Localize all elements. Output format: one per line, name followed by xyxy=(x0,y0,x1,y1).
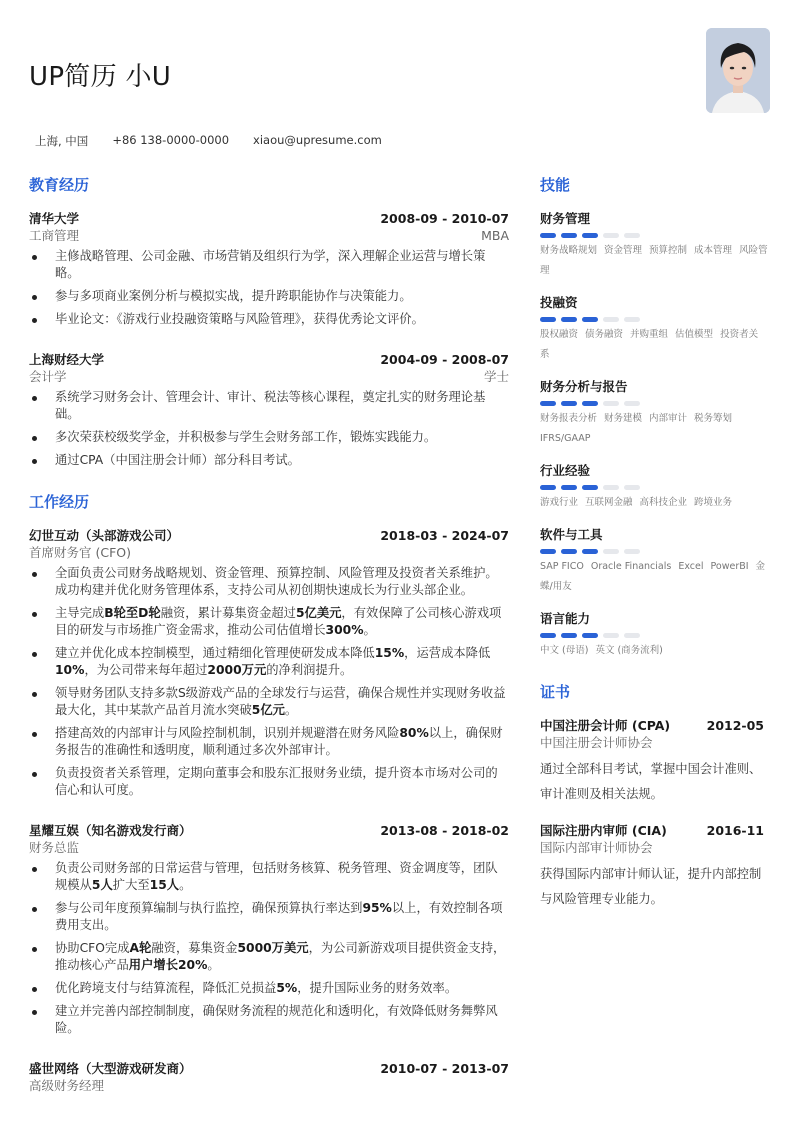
company-name: 盛世网络（大型游戏研发商） xyxy=(29,1059,192,1077)
date-range: 2008-09 - 2010-07 xyxy=(380,211,509,226)
skill-tags: 游戏行业互联网金融高科技企业跨境业务 xyxy=(540,493,770,513)
bullet-item: 主导完成B轮至D轮融资，累计募集资金超过5亿美元，有效保障了公司核心游戏项目的研… xyxy=(29,605,509,639)
level-dot xyxy=(624,485,640,490)
bullet-item: 领导财务团队支持多款S级游戏产品的全球发行与运营，确保合规性并实现财务收益最大化… xyxy=(29,685,509,719)
level-dot xyxy=(561,633,577,638)
school-name: 上海财经大学 xyxy=(29,350,104,368)
job-title: 首席财务官 (CFO) xyxy=(29,544,509,561)
level-dot xyxy=(582,485,598,490)
level-dot xyxy=(540,233,556,238)
bullet-item: 参与公司年度预算编制与执行监控，确保预算执行率达到95%以上，有效控制各项费用支… xyxy=(29,900,509,934)
entry-header: 幻世互动（头部游戏公司）2018-03 - 2024-07 xyxy=(29,526,509,544)
bullet-list: 系统学习财务会计、管理会计、审计、税法等核心课程，奠定扎实的财务理论基础。多次荣… xyxy=(29,389,509,469)
bullet-item: 毕业论文：《游戏行业投融资策略与风险管理》，获得优秀论文评价。 xyxy=(29,311,509,328)
entry-header: 清华大学2008-09 - 2010-07 xyxy=(29,209,509,227)
skill-group: 行业经验游戏行业互联网金融高科技企业跨境业务 xyxy=(540,461,770,513)
certificate-name: 中国注册会计师 (CPA) xyxy=(540,716,670,734)
bullet-list: 全面负责公司财务战略规划、资金管理、预算控制、风险管理及投资者关系维护。成功构建… xyxy=(29,565,509,799)
skill-tags: 股权融资债务融资并购重组估值模型投资者关系 xyxy=(540,325,770,365)
skill-tag: 中文 (母语) xyxy=(540,645,588,656)
education-heading: 教育经历 xyxy=(29,174,509,195)
certificate-header: 中国注册会计师 (CPA)2012-05 xyxy=(540,716,764,734)
level-dot xyxy=(603,549,619,554)
skill-level-indicator xyxy=(540,485,770,490)
certificate-entry: 国际注册内审师 (CIA)2016-11国际内部审计师协会获得国际内部审计师认证… xyxy=(540,821,770,912)
degree: 学士 xyxy=(484,368,509,385)
skill-group: 软件与工具SAP FICOOracle FinancialsExcelPower… xyxy=(540,525,770,597)
email-link[interactable]: xiaou@upresume.com xyxy=(253,133,382,149)
level-dot xyxy=(582,233,598,238)
bullet-item: 建立并完善内部控制制度，确保财务流程的规范化和透明化，有效降低财务舞弊风险。 xyxy=(29,1003,509,1037)
skill-tag: 财务建模 xyxy=(604,413,642,424)
skill-name: 财务分析与报告 xyxy=(540,377,770,395)
work-entry: 盛世网络（大型游戏研发商）2010-07 - 2013-07高级财务经理 xyxy=(29,1059,509,1094)
company-name: 星耀互娱（知名游戏发行商） xyxy=(29,821,192,839)
level-dot xyxy=(624,549,640,554)
level-dot xyxy=(582,549,598,554)
certificate-issuer: 中国注册会计师协会 xyxy=(540,734,770,751)
certificate-entry: 中国注册会计师 (CPA)2012-05中国注册会计师协会通过全部科目考试，掌握… xyxy=(540,716,770,807)
skill-tag: 内部审计 xyxy=(649,413,687,424)
level-dot xyxy=(603,485,619,490)
contact-info: 上海, 中国 +86 138-0000-0000 xiaou@upresume.… xyxy=(35,133,382,149)
skill-group: 语言能力中文 (母语)英文 (商务流利) xyxy=(540,609,770,661)
bullet-item: 通过CPA（中国注册会计师）部分科目考试。 xyxy=(29,452,509,469)
level-dot xyxy=(582,317,598,322)
certificate-name: 国际注册内审师 (CIA) xyxy=(540,821,667,839)
level-dot xyxy=(582,633,598,638)
entry-header: 星耀互娱（知名游戏发行商）2013-08 - 2018-02 xyxy=(29,821,509,839)
level-dot xyxy=(603,633,619,638)
skill-tags: 中文 (母语)英文 (商务流利) xyxy=(540,641,770,661)
bullet-item: 建立并优化成本控制模型，通过精细化管理使研发成本降低15%，运营成本降低10%，… xyxy=(29,645,509,679)
certificate-description: 获得国际内部审计师认证，提升内部控制与风险管理专业能力。 xyxy=(540,862,770,912)
skill-tag: 资金管理 xyxy=(604,245,642,256)
bullet-item: 多次荣获校级奖学金，并积极参与学生会财务部工作，锻炼实践能力。 xyxy=(29,429,509,446)
skill-tag: 高科技企业 xyxy=(640,497,688,508)
skill-tag: 股权融资 xyxy=(540,329,578,340)
skill-tag: Excel xyxy=(678,561,703,572)
level-dot xyxy=(603,317,619,322)
level-dot xyxy=(624,633,640,638)
resume-page: UP简历 小U 上海, 中国 +86 138-0000-0000 xiaou@u… xyxy=(0,0,799,1130)
bullet-list: 主修战略管理、公司金融、市场营销及组织行为学，深入理解企业运营与增长策略。参与多… xyxy=(29,248,509,328)
bullet-item: 全面负责公司财务战略规划、资金管理、预算控制、风险管理及投资者关系维护。成功构建… xyxy=(29,565,509,599)
certificate-header: 国际注册内审师 (CIA)2016-11 xyxy=(540,821,764,839)
skill-tags: SAP FICOOracle FinancialsExcelPowerBI金蝶/… xyxy=(540,557,770,597)
work-entry: 星耀互娱（知名游戏发行商）2013-08 - 2018-02财务总监负责公司财务… xyxy=(29,821,509,1037)
level-dot xyxy=(540,633,556,638)
skill-tag: 财务战略规划 xyxy=(540,245,597,256)
date-range: 2013-08 - 2018-02 xyxy=(380,823,509,838)
skill-tag: 游戏行业 xyxy=(540,497,578,508)
skill-level-indicator xyxy=(540,317,770,322)
entry-subheader: 工商管理MBA xyxy=(29,227,509,244)
job-title: 高级财务经理 xyxy=(29,1077,509,1094)
skill-name: 投融资 xyxy=(540,293,770,311)
skill-group: 财务管理财务战略规划资金管理预算控制成本管理风险管理 xyxy=(540,209,770,281)
skill-level-indicator xyxy=(540,549,770,554)
certificates-list: 中国注册会计师 (CPA)2012-05中国注册会计师协会通过全部科目考试，掌握… xyxy=(540,716,770,912)
level-dot xyxy=(561,485,577,490)
certificate-issuer: 国际内部审计师协会 xyxy=(540,839,770,856)
level-dot xyxy=(561,233,577,238)
skill-tag: 成本管理 xyxy=(694,245,732,256)
education-entry: 上海财经大学2004-09 - 2008-07会计学学士系统学习财务会计、管理会… xyxy=(29,350,509,469)
skill-level-indicator xyxy=(540,633,770,638)
level-dot xyxy=(561,401,577,406)
entry-header: 上海财经大学2004-09 - 2008-07 xyxy=(29,350,509,368)
skill-tag: 互联网金融 xyxy=(585,497,633,508)
certificate-date: 2012-05 xyxy=(707,718,764,733)
skill-tags: 财务报表分析财务建模内部审计税务筹划IFRS/GAAP xyxy=(540,409,770,449)
skill-tag: PowerBI xyxy=(711,561,749,572)
work-entry: 幻世互动（头部游戏公司）2018-03 - 2024-07首席财务官 (CFO)… xyxy=(29,526,509,799)
skill-level-indicator xyxy=(540,401,770,406)
level-dot xyxy=(624,233,640,238)
skill-tags: 财务战略规划资金管理预算控制成本管理风险管理 xyxy=(540,241,770,281)
skill-level-indicator xyxy=(540,233,770,238)
skills-list: 财务管理财务战略规划资金管理预算控制成本管理风险管理投融资股权融资债务融资并购重… xyxy=(540,209,770,661)
skills-heading: 技能 xyxy=(540,174,770,195)
level-dot xyxy=(540,401,556,406)
skill-tag: Oracle Financials xyxy=(591,561,671,572)
bullet-list: 负责公司财务部的日常运营与管理，包括财务核算、税务管理、资金调度等，团队规模从5… xyxy=(29,860,509,1037)
location-text: 上海, 中国 xyxy=(35,133,88,149)
date-range: 2010-07 - 2013-07 xyxy=(380,1061,509,1076)
bullet-item: 优化跨境支付与结算流程，降低汇兑损益5%，提升国际业务的财务效率。 xyxy=(29,980,509,997)
skill-group: 投融资股权融资债务融资并购重组估值模型投资者关系 xyxy=(540,293,770,365)
degree: MBA xyxy=(481,227,509,244)
certificate-description: 通过全部科目考试，掌握中国会计准则、审计准则及相关法规。 xyxy=(540,757,770,807)
bullet-item: 主修战略管理、公司金融、市场营销及组织行为学，深入理解企业运营与增长策略。 xyxy=(29,248,509,282)
bullet-item: 负责公司财务部的日常运营与管理，包括财务核算、税务管理、资金调度等，团队规模从5… xyxy=(29,860,509,894)
right-column: 技能 财务管理财务战略规划资金管理预算控制成本管理风险管理投融资股权融资债务融资… xyxy=(540,174,770,926)
skill-tag: 估值模型 xyxy=(675,329,713,340)
level-dot xyxy=(540,317,556,322)
candidate-name: UP简历 小U xyxy=(29,56,171,93)
level-dot xyxy=(540,485,556,490)
certificate-date: 2016-11 xyxy=(707,823,764,838)
bullet-item: 搭建高效的内部审计与风险控制机制，识别并规避潜在财务风险80%以上，确保财务报告… xyxy=(29,725,509,759)
skill-tag: 债务融资 xyxy=(585,329,623,340)
major: 会计学 xyxy=(29,368,67,385)
education-list: 清华大学2008-09 - 2010-07工商管理MBA主修战略管理、公司金融、… xyxy=(29,209,509,469)
level-dot xyxy=(603,233,619,238)
education-entry: 清华大学2008-09 - 2010-07工商管理MBA主修战略管理、公司金融、… xyxy=(29,209,509,328)
skill-name: 行业经验 xyxy=(540,461,770,479)
bullet-item: 参与多项商业案例分析与模拟实战，提升跨职能协作与决策能力。 xyxy=(29,288,509,305)
major: 工商管理 xyxy=(29,227,79,244)
level-dot xyxy=(561,317,577,322)
bullet-item: 负责投资者关系管理，定期向董事会和股东汇报财务业绩，提升资本市场对公司的信心和认… xyxy=(29,765,509,799)
skill-tag: 英文 (商务流利) xyxy=(595,645,662,656)
skill-tag: 财务报表分析 xyxy=(540,413,597,424)
bullet-item: 系统学习财务会计、管理会计、审计、税法等核心课程，奠定扎实的财务理论基础。 xyxy=(29,389,509,423)
school-name: 清华大学 xyxy=(29,209,79,227)
portrait-icon xyxy=(706,28,770,113)
profile-photo xyxy=(706,28,770,113)
skill-tag: 预算控制 xyxy=(649,245,687,256)
level-dot xyxy=(624,317,640,322)
skill-tag: 并购重组 xyxy=(630,329,668,340)
level-dot xyxy=(603,401,619,406)
work-heading: 工作经历 xyxy=(29,491,509,512)
level-dot xyxy=(582,401,598,406)
skill-tag: IFRS/GAAP xyxy=(540,433,590,444)
skill-name: 财务管理 xyxy=(540,209,770,227)
bullet-item: 协助CFO完成A轮融资，募集资金5000万美元，为公司新游戏项目提供资金支持，推… xyxy=(29,940,509,974)
left-column: 教育经历 清华大学2008-09 - 2010-07工商管理MBA主修战略管理、… xyxy=(29,174,509,1116)
skill-tag: 税务筹划 xyxy=(694,413,732,424)
date-range: 2018-03 - 2024-07 xyxy=(380,528,509,543)
skill-tag: 跨境业务 xyxy=(694,497,732,508)
entry-header: 盛世网络（大型游戏研发商）2010-07 - 2013-07 xyxy=(29,1059,509,1077)
level-dot xyxy=(624,401,640,406)
entry-subheader: 会计学学士 xyxy=(29,368,509,385)
date-range: 2004-09 - 2008-07 xyxy=(380,352,509,367)
job-title: 财务总监 xyxy=(29,839,509,856)
company-name: 幻世互动（头部游戏公司） xyxy=(29,526,179,544)
work-list: 幻世互动（头部游戏公司）2018-03 - 2024-07首席财务官 (CFO)… xyxy=(29,526,509,1094)
skill-name: 语言能力 xyxy=(540,609,770,627)
skill-tag: SAP FICO xyxy=(540,561,584,572)
phone-text: +86 138-0000-0000 xyxy=(112,133,229,149)
level-dot xyxy=(540,549,556,554)
certificates-heading: 证书 xyxy=(540,681,770,702)
skill-name: 软件与工具 xyxy=(540,525,770,543)
level-dot xyxy=(561,549,577,554)
skill-group: 财务分析与报告财务报表分析财务建模内部审计税务筹划IFRS/GAAP xyxy=(540,377,770,449)
